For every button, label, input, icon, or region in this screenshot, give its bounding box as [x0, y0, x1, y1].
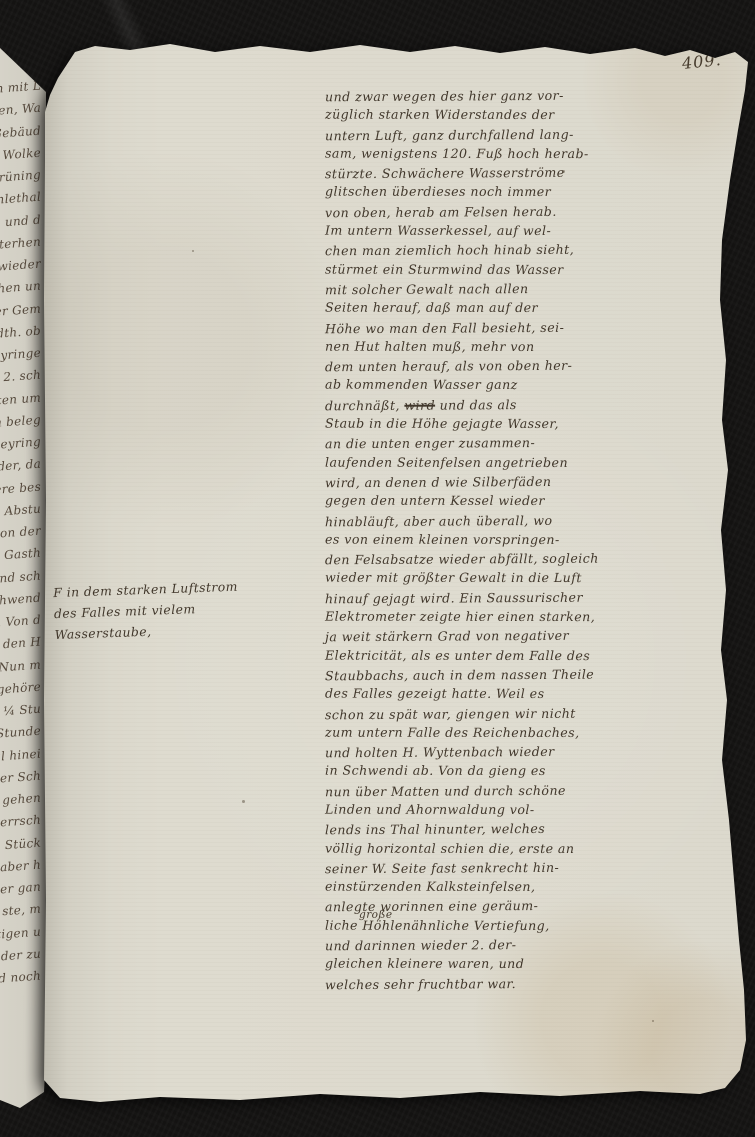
- manuscript-line: den Felsabsatze wieder abfällt, sogleich: [325, 550, 743, 572]
- manuscript-line: wieder mit größter Gewalt in die Luft: [325, 570, 743, 590]
- manuscript-line: es von einem kleinen vorspringen-: [325, 531, 743, 551]
- manuscript-line: gleichen kleinere waren, und: [325, 956, 743, 976]
- paper-speck: [242, 800, 245, 803]
- manuscript-line: welches sehr fruchtbar war.: [325, 974, 743, 996]
- manuscript-line: und holten H. Wyttenbach wieder: [325, 743, 743, 765]
- manuscript-line: und zwar wegen des hier ganz vor-: [325, 87, 743, 109]
- paper-speck: [192, 250, 194, 252]
- margin-note: F in dem starken Luftstrom des Falles mi…: [53, 577, 290, 648]
- manuscript-line: Seiten herauf, daß man auf der: [325, 300, 743, 320]
- struck-word: wird: [404, 397, 435, 412]
- photographed-manuscript-scene: nten mit Lsüchen, Wan Gebäuddie Wolker B…: [0, 0, 755, 1137]
- manuscript-line: hinabläuft, aber auch überall, wo: [325, 511, 743, 533]
- text-segment: und das als: [435, 397, 517, 412]
- body-text: und zwar wegen des hier ganz vor-züglich…: [325, 88, 743, 995]
- manuscript-line: stürmet ein Sturmwind das Wasser: [325, 261, 743, 281]
- manuscript-line: und darinnen wieder 2. der-: [325, 936, 743, 958]
- manuscript-line: züglich starken Widerstandes der: [325, 107, 743, 127]
- manuscript-line: liche Höhlenähnliche Vertiefung,große: [325, 917, 743, 937]
- manuscript-line: ab kommenden Wasser ganz: [325, 377, 743, 397]
- manuscript-line: hinauf gejagt wird. Ein Saussurischer: [325, 588, 743, 610]
- manuscript-line: schon zu spät war, giengen wir nicht: [325, 704, 743, 726]
- manuscript-line: lends ins Thal hinunter, welches: [325, 820, 743, 842]
- manuscript-line: Staub in die Höhe gejagte Wasser,: [325, 416, 743, 436]
- manuscript-line: des Falles gezeigt hatte. Weil es: [325, 686, 743, 706]
- text-segment: durchnäßt,: [325, 398, 404, 413]
- manuscript-line: einstürzenden Kalksteinfelsen,: [325, 879, 743, 899]
- manuscript-line: dem unten herauf, als von oben her-: [325, 357, 743, 379]
- page-wrap: 409. F in dem starken Luftstrom des Fall…: [0, 0, 755, 1137]
- paper-speck: [652, 1020, 654, 1022]
- manuscript-line: ja weit stärkern Grad von negativer: [325, 627, 743, 649]
- manuscript-line: in Schwendi ab. Von da gieng es: [325, 763, 743, 783]
- manuscript-line: völlig horizontal schien die, erste an: [325, 840, 743, 860]
- manuscript-line: Höhe wo man den Fall besieht, sei-: [325, 318, 743, 340]
- manuscript-line: sam, wenigstens 120. Fuß hoch herab-: [325, 146, 743, 166]
- manuscript-line: seiner W. Seite fast senkrecht hin-: [325, 859, 743, 881]
- manuscript-line: Elektrometer zeigte hier einen starken,: [325, 609, 743, 629]
- manuscript-line: nen Hut halten muß, mehr von: [325, 338, 743, 358]
- manuscript-line: Im untern Wasserkessel, auf wel-: [325, 223, 743, 243]
- manuscript-line: an die unten enger zusammen-: [325, 434, 743, 456]
- manuscript-line: zum untern Falle des Reichenbaches,: [325, 724, 743, 744]
- manuscript-line: wird, an denen d wie Silberfäden: [325, 473, 743, 495]
- manuscript-page: 409. F in dem starken Luftstrom des Fall…: [42, 40, 749, 1103]
- manuscript-line: durchnäßt, wird und das als: [325, 395, 743, 417]
- manuscript-line: Elektricität, als es unter dem Falle des: [325, 647, 743, 667]
- manuscript-line: chen man ziemlich hoch hinab sieht,: [325, 241, 743, 263]
- manuscript-line: Staubbachs, auch in dem nassen Theile: [325, 666, 743, 688]
- manuscript-line: laufenden Seitenfelsen angetrieben: [325, 454, 743, 474]
- manuscript-line: Linden und Ahornwaldung vol-: [325, 802, 743, 822]
- manuscript-line: glitschen überdieses noch immer: [325, 184, 743, 204]
- manuscript-line: mit solcher Gewalt nach allen: [325, 280, 743, 302]
- manuscript-line: stürzte. Schwächere Wasserströme: [325, 164, 743, 186]
- folio-number: 409.: [681, 50, 722, 73]
- manuscript-line: von oben, herab am Felsen herab.: [325, 203, 743, 225]
- inserted-word: große: [359, 908, 393, 920]
- manuscript-line: nun über Matten und durch schöne: [325, 781, 743, 803]
- paper-speck: [562, 170, 565, 173]
- manuscript-line: gegen den untern Kessel wieder: [325, 493, 743, 513]
- manuscript-line: untern Luft, ganz durchfallend lang-: [325, 125, 743, 147]
